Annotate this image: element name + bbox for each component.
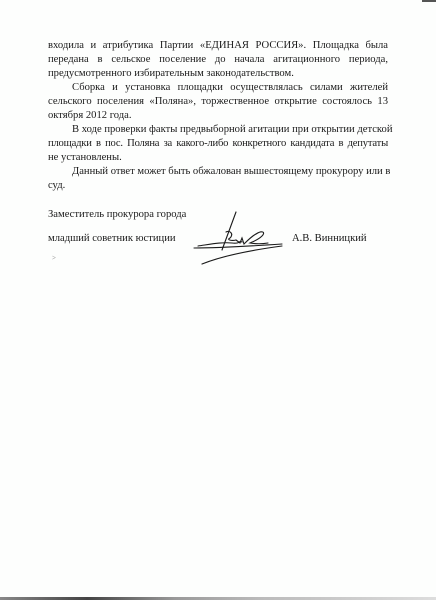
- paragraph-4-line-1: Данный ответ может быть обжалован вышест…: [72, 165, 388, 179]
- signer-name: А.В. Винницкий: [292, 232, 367, 246]
- paragraph-4-line-2: суд.: [48, 179, 388, 193]
- paragraph-1-line-3: предусмотренного избирательным законодат…: [48, 67, 388, 81]
- signer-rank: младший советник юстиции: [48, 232, 176, 246]
- paragraph-2-line-1: Сборка и установка площадки осуществляла…: [72, 81, 388, 95]
- paragraph-2-line-2: сельского поселения «Поляна», торжествен…: [48, 95, 388, 109]
- paragraph-1-line-2: передана в сельское поселение до начала …: [48, 53, 388, 67]
- signer-position-title: Заместитель прокурора города: [48, 208, 186, 222]
- stray-mark: >: [52, 254, 56, 262]
- document-page: входила и атрибутика Партии «ЕДИНАЯ РОСС…: [0, 0, 436, 600]
- paragraph-2-line-3: октября 2012 года.: [48, 109, 388, 123]
- paragraph-3-line-1: В ходе проверки факты предвыборной агита…: [72, 123, 388, 137]
- handwritten-signature-icon: [192, 210, 302, 268]
- scan-artifact: [422, 0, 436, 2]
- paragraph-3-line-3: не установлены.: [48, 151, 388, 165]
- paragraph-3-line-2: площадки в пос. Поляна за какого-либо ко…: [48, 137, 388, 151]
- paragraph-1-line-1: входила и атрибутика Партии «ЕДИНАЯ РОСС…: [48, 39, 388, 53]
